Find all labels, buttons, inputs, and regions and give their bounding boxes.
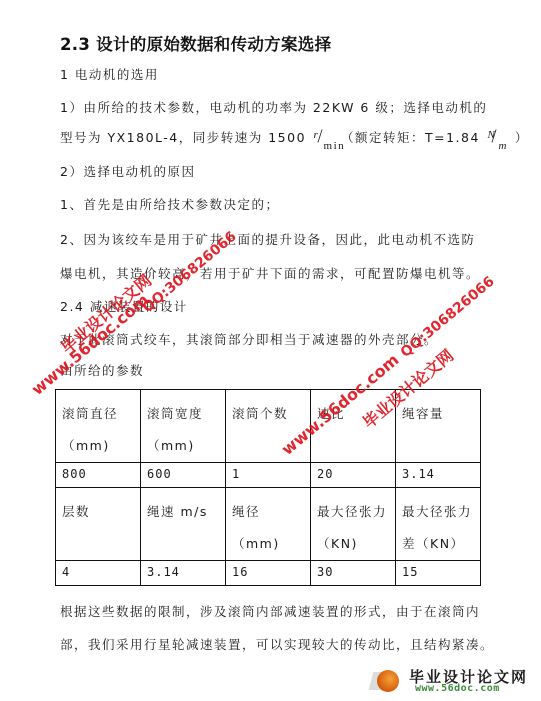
parameters-table: 滚筒直径（mm) 滚筒宽度（mm) 滚筒个数 速比 绳容量 800 600 1 … xyxy=(55,389,481,586)
globe-icon xyxy=(377,670,399,692)
table-cell: 600 xyxy=(141,463,226,488)
paragraph-motor-line2: 型号为 YX180L-4，同步转速为 1500 r / min （额定转矩：T=… xyxy=(60,130,529,147)
closing-paren: ） xyxy=(515,130,529,145)
speed-unit-denominator: min xyxy=(324,138,346,154)
model-text: 型号为 YX180L-4，同步转速为 1500 xyxy=(60,130,306,145)
section-heading: 2.3 设计的原始数据和传动方案选择 xyxy=(60,31,331,55)
subsection-reason-title: 2）选择电动机的原因 xyxy=(60,164,195,180)
site-logo: 毕业设计论文网 www.56doc.com xyxy=(375,666,535,696)
torque-unit-fraction: N / m xyxy=(485,131,509,147)
torque-unit-denominator: m xyxy=(498,138,507,154)
conclusion-line2: 部，我们采用行星轮减速装置，可以实现较大的传动比，且结构紧凑。 xyxy=(60,637,494,653)
table-row: 800 600 1 20 3.14 xyxy=(56,463,481,488)
table-cell: 滚筒直径（mm) xyxy=(56,390,141,463)
table-row: 滚筒直径（mm) 滚筒宽度（mm) 滚筒个数 速比 绳容量 xyxy=(56,390,481,463)
table-cell: 15 xyxy=(396,561,481,586)
table-cell: 3.14 xyxy=(396,463,481,488)
fraction-slash: / xyxy=(491,127,498,145)
table-cell: 最大径张力差（KN） xyxy=(396,488,481,561)
reason-2-line1: 2、因为该绞车是用于矿井上面的提升设备，因此，此电动机不选防 xyxy=(60,232,475,248)
subsection-title-motor: 1 电动机的选用 xyxy=(60,67,159,83)
table-cell: 30 xyxy=(311,561,396,586)
table-cell: 最大径张力（KN) xyxy=(311,488,396,561)
reason-1: 1、首先是由所给技术参数决定的； xyxy=(60,197,279,213)
reason-2-line2: 爆电机，其造价较高，若用于矿井下面的需求，可配置防爆电机等。 xyxy=(60,266,480,282)
table-row: 4 3.14 16 30 15 xyxy=(56,561,481,586)
watermark-qq: QQ:306826066 xyxy=(398,273,498,361)
table-cell: 800 xyxy=(56,463,141,488)
paragraph-motor-line1: 1）由所给的技术参数，电动机的功率为 22KW 6 级；选择电动机的 xyxy=(60,100,487,116)
table-row: 层数 绳速 m/s 绳径（mm) 最大径张力（KN) 最大径张力差（KN） xyxy=(56,488,481,561)
table-cell: 16 xyxy=(226,561,311,586)
table-cell: 4 xyxy=(56,561,141,586)
speed-unit-fraction: r / min xyxy=(312,131,336,147)
torque-text: （额定转矩：T=1.84 xyxy=(341,130,480,145)
table-cell: 滚筒宽度（mm) xyxy=(141,390,226,463)
table-cell: 3.14 xyxy=(141,561,226,586)
table-cell: 层数 xyxy=(56,488,141,561)
table-cell: 绳速 m/s xyxy=(141,488,226,561)
table-cell: 1 xyxy=(226,463,311,488)
document-page: 2.3 设计的原始数据和传动方案选择 1 电动机的选用 1）由所给的技术参数，电… xyxy=(0,0,541,701)
table-cell: 20 xyxy=(311,463,396,488)
table-cell: 绳径（mm) xyxy=(226,488,311,561)
logo-text-url: www.56doc.com xyxy=(415,683,500,694)
conclusion-line1: 根据这些数据的限制，涉及滚筒内部减速装置的形式，由于在滚筒内 xyxy=(60,604,480,620)
